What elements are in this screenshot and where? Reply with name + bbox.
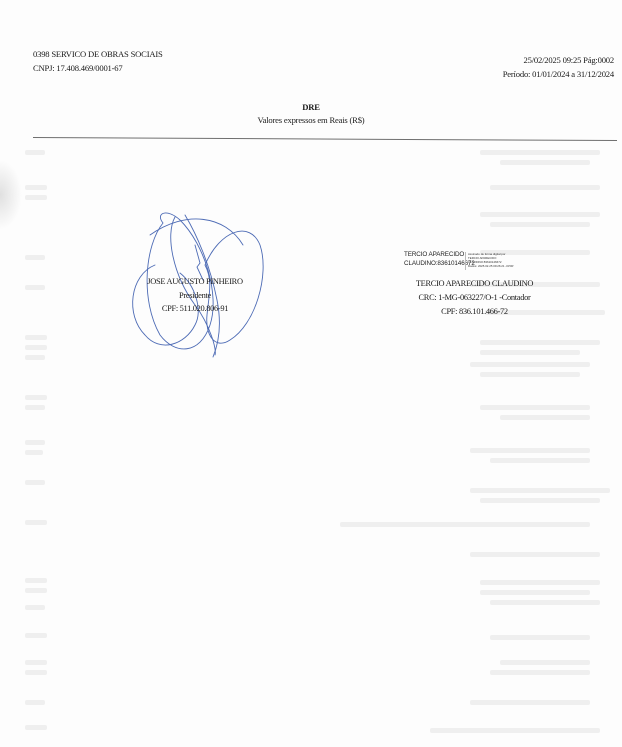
digital-signature-details: Assinado de forma digital por TERCIO APA…	[468, 252, 514, 268]
digital-signer-name: TERCIO APARECIDO CLAUDINO:83610146672	[404, 251, 468, 268]
bleed-line	[25, 440, 45, 445]
bleed-line	[25, 345, 47, 350]
bleed-line	[25, 480, 45, 485]
bleed-line	[25, 285, 45, 290]
company-name: 0398 SERVICO DE OBRAS SOCIAIS	[33, 47, 163, 61]
report-heading: DRE Valores expressos em Reais (R$)	[0, 101, 622, 127]
accountant-signature-block: TERCIO APARECIDO CLAUDINO CRC: 1-MG-0632…	[397, 277, 552, 319]
bleed-line	[25, 633, 47, 638]
bleed-line	[490, 600, 600, 605]
president-cpf: CPF: 511.020.806-91	[130, 302, 260, 316]
bleed-line	[480, 150, 600, 155]
bleed-line	[25, 355, 45, 360]
president-name: JOSE AUGUSTO PINHEIRO	[130, 275, 260, 289]
bleed-line	[490, 458, 590, 463]
company-cnpj: CNPJ: 17.408.469/0001-67	[33, 61, 163, 75]
bleed-line	[470, 362, 590, 367]
bleed-line	[480, 212, 600, 217]
bleed-line	[490, 222, 590, 227]
bleed-line	[25, 395, 47, 400]
bleed-line	[25, 150, 45, 155]
bleed-line	[25, 578, 47, 583]
header-left: 0398 SERVICO DE OBRAS SOCIAIS CNPJ: 17.4…	[33, 47, 163, 75]
digital-meta-line: Dados: 2025.02.25 09:26:21 -03'00'	[468, 264, 514, 268]
bleed-line	[490, 185, 600, 190]
bleed-line	[25, 588, 47, 593]
bleed-line	[340, 522, 590, 527]
bleed-line	[480, 405, 590, 410]
bleed-line	[25, 255, 45, 260]
print-datetime-page: 25/02/2025 09:25 Pág:0002	[503, 53, 614, 67]
report-title: DRE	[0, 101, 622, 114]
bleed-line	[500, 660, 590, 665]
bleed-line	[480, 372, 580, 377]
bleed-line	[470, 700, 590, 705]
bleed-line	[25, 405, 45, 410]
bleed-line	[480, 590, 590, 595]
bleed-line	[470, 448, 590, 453]
document-page: 0398 SERVICO DE OBRAS SOCIAIS CNPJ: 17.4…	[0, 0, 622, 747]
bleed-line	[500, 415, 590, 420]
bleed-line	[25, 660, 47, 665]
bleed-line	[480, 580, 600, 585]
bleed-line	[25, 605, 45, 610]
bleed-line	[490, 670, 590, 675]
president-role: Presidente	[130, 289, 260, 303]
bleed-line	[25, 700, 45, 705]
accountant-cpf: CPF: 836.101.466-72	[397, 305, 552, 319]
bleed-line	[25, 670, 47, 675]
scan-smudge	[0, 160, 22, 230]
bleed-line	[25, 520, 47, 525]
bleed-line	[470, 488, 610, 493]
accountant-name: TERCIO APARECIDO CLAUDINO	[397, 277, 552, 291]
bleed-line	[480, 340, 600, 345]
bleed-line	[25, 185, 47, 190]
bleed-line	[25, 450, 43, 455]
report-period: Período: 01/01/2024 a 31/12/2024	[503, 67, 614, 81]
digital-signature-stamp: TERCIO APARECIDO CLAUDINO:83610146672 As…	[404, 251, 468, 268]
bleed-line	[470, 552, 600, 557]
bleed-line	[480, 498, 600, 503]
report-subtitle: Valores expressos em Reais (R$)	[0, 114, 622, 127]
bleed-line	[500, 160, 590, 165]
bleed-line	[490, 635, 590, 640]
header-right: 25/02/2025 09:25 Pág:0002 Período: 01/01…	[503, 53, 614, 81]
accountant-crc: CRC: 1-MG-063227/O-1 -Contador	[397, 291, 552, 305]
bleed-line	[25, 725, 47, 730]
president-signature-block: JOSE AUGUSTO PINHEIRO Presidente CPF: 51…	[130, 275, 260, 316]
bleed-line	[25, 195, 47, 200]
bleed-line	[430, 728, 600, 733]
bleed-line	[480, 350, 580, 355]
bleed-line	[25, 335, 47, 340]
header-divider	[33, 137, 617, 141]
